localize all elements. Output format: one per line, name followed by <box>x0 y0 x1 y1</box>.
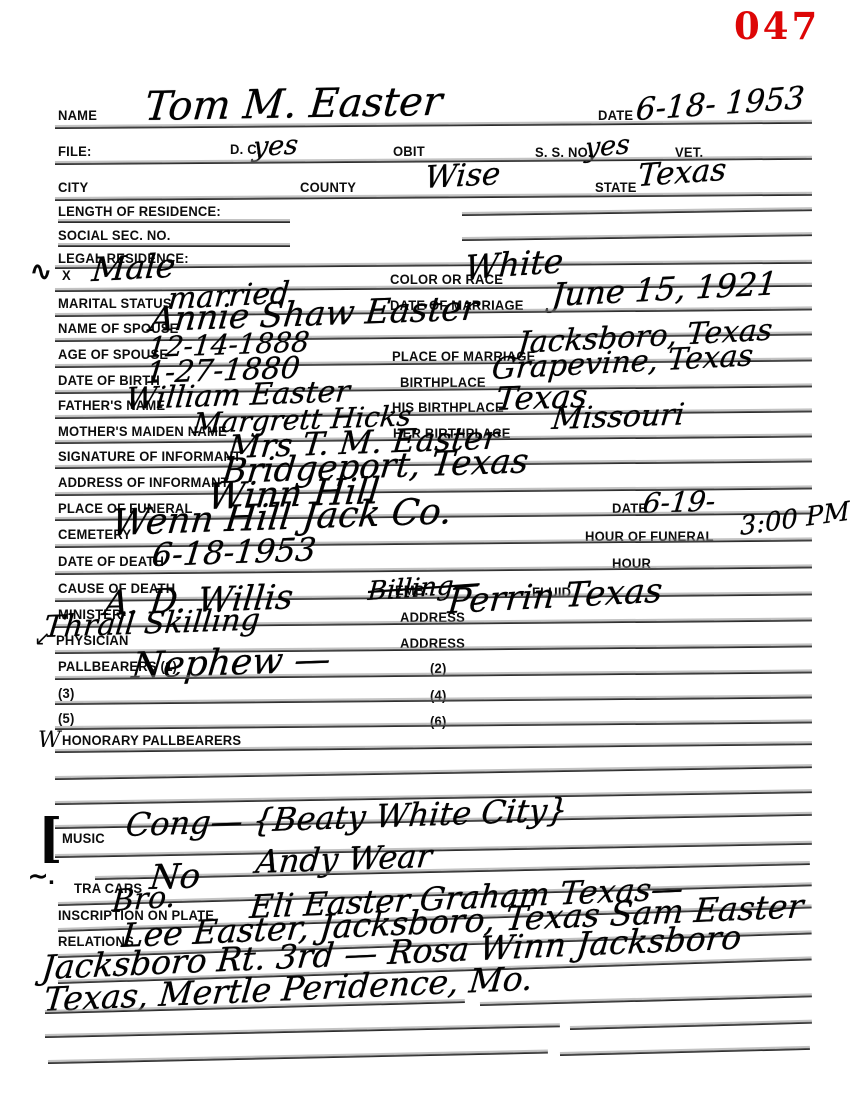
page-number: 047 <box>734 4 820 48</box>
pb6-label: (6) <box>430 714 447 730</box>
hour-funeral-value: 3:00 PM <box>739 497 850 543</box>
name-label: NAME <box>58 108 97 124</box>
social-sec-label: SOCIAL SEC. NO. <box>58 228 171 244</box>
informant-sig-label: SIGNATURE OF INFORMANT <box>58 449 241 465</box>
date-value: 6-18- 1953 <box>635 80 806 128</box>
obit-label: OBIT <box>393 144 425 160</box>
sex-label: X <box>62 268 71 284</box>
rule-line <box>48 1052 548 1064</box>
date-death-value: 6-18-1953 <box>150 530 318 574</box>
dc-value: yes <box>252 130 300 164</box>
rule-line <box>95 863 810 880</box>
rule-line <box>560 1048 810 1056</box>
county-label: COUNTY <box>300 180 356 196</box>
state-label: STATE <box>595 180 637 196</box>
physician-value: Thrall Skilling <box>42 602 261 645</box>
rule-line <box>570 1022 812 1030</box>
color-race-value: White <box>464 241 565 287</box>
honorary-label: HONORARY PALLBEARERS <box>62 733 241 749</box>
rule-line <box>58 221 290 223</box>
ssno-label: S. S. NO. <box>535 145 592 161</box>
music-label: MUSIC <box>62 831 105 847</box>
length-residence-label: LENGTH OF RESIDENCE: <box>58 204 221 220</box>
state-value: Texas <box>637 152 728 194</box>
county-value: Wise <box>423 156 502 196</box>
music-line1-value: Cong— {Beaty White City} <box>124 791 569 845</box>
honorary-w-mark: W <box>38 728 61 753</box>
pallbearer-note-value: Nephew — <box>130 639 333 687</box>
rule-line <box>55 843 812 858</box>
name-value: Tom M. Easter <box>143 79 444 130</box>
pb5-label: (5) <box>58 711 75 727</box>
city-label: CITY <box>58 180 88 196</box>
file-label: FILE: <box>58 144 92 160</box>
sex-value: Male <box>90 246 177 290</box>
date-death-label: DATE OF DEATH <box>58 554 164 570</box>
date-label: DATE <box>598 108 633 124</box>
her-birthplace-value: Missouri <box>550 397 686 437</box>
rule-line <box>462 209 812 216</box>
margin-squiggle-mark: ∿ <box>30 256 52 287</box>
rule-line <box>462 234 812 241</box>
informant-addr-label: ADDRESS OF INFORMANT <box>58 475 229 491</box>
rule-line <box>55 766 812 780</box>
funeral-record-form: 047 NAME Tom M. Easter DATE 6-18- 1953 F… <box>0 0 850 1100</box>
music-bracket-mark: [ <box>38 808 63 869</box>
cars-dash-mark: ∼. <box>28 862 55 891</box>
pb3-label: (3) <box>58 686 75 702</box>
date-marriage-value: June 15, 1921 <box>550 264 779 314</box>
rule-line <box>45 1025 560 1038</box>
